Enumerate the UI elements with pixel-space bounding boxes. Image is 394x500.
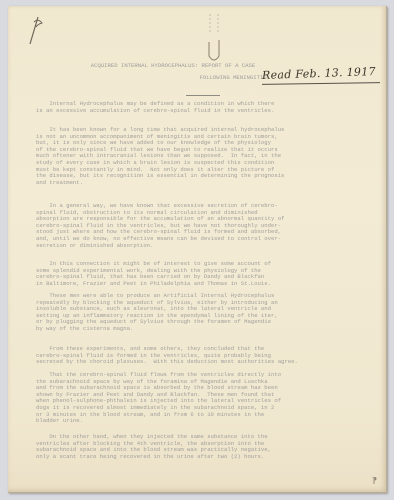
document-title-line-2: FOLLOWING MENINGITIS. — [8, 74, 270, 81]
title-divider — [186, 95, 220, 96]
paragraph-history: It has been known for a long time that a… — [36, 127, 376, 186]
pencil-mark-icon — [24, 14, 44, 50]
paragraph-general: In a general way, we have known that exc… — [36, 203, 376, 249]
paragraph-artificial-hydrocephalus: These men were able to produce an Artifi… — [36, 293, 376, 333]
paragraph-blocking: On the other hand, when they injected th… — [36, 434, 376, 460]
paragraph-definition: Internal Hydrocephalus may be defined as… — [36, 101, 376, 114]
paragraph-fluid-flow: That the cerebro-spinal fluid flows from… — [36, 372, 376, 425]
paragraph-conclusions: From these experiments, and some others,… — [36, 346, 376, 366]
handwritten-underline — [262, 82, 380, 85]
handwritten-read-date: Read Feb. 13. 1917 — [262, 65, 376, 82]
paragraph-experimental-work: In this connection it might be of intere… — [36, 261, 376, 287]
corner-pencil-mark: ⁋ — [372, 476, 377, 485]
staple-mark-icon — [204, 12, 224, 66]
document-page: ACQUIRED INTERNAL HYDROCEPHALUS: REPORT … — [8, 6, 387, 493]
